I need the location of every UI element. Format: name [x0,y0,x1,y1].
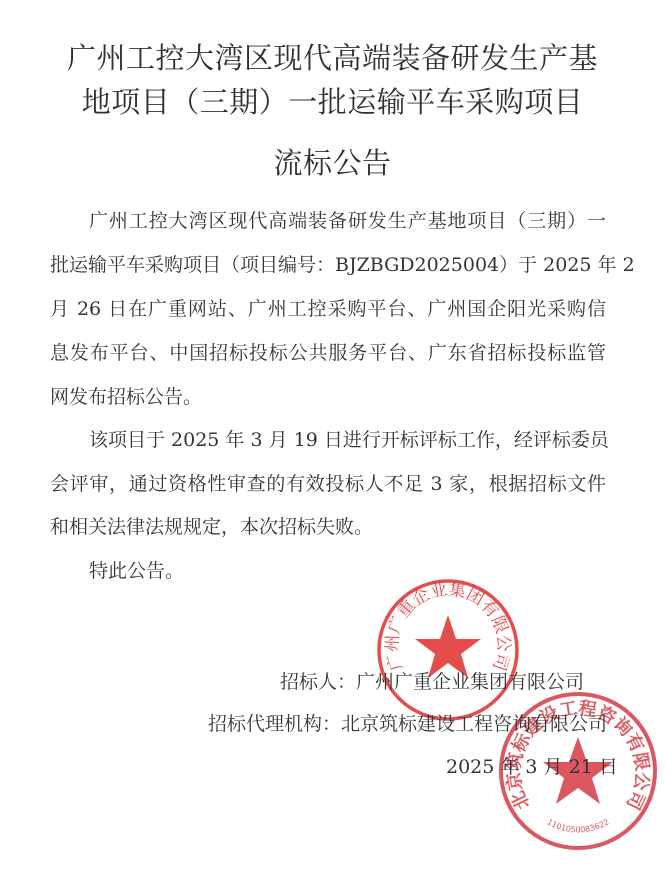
paragraph-line: 和相关法律法规规定，本次招标失败。 [50,512,606,539]
document-subtitle: 流标公告 [0,141,665,182]
paragraph-line: 会评审，通过资格性审查的有效投标人不足 3 家，根据招标文件 [50,469,606,496]
paragraph-line: 月 26 日在广重网站、广州工控采购平台、广州国企阳光采购信 [50,294,606,321]
document-title-line-2: 地项目（三期）一批运输平车采购项目 [0,80,665,121]
paragraph-line: 该项目于 2025 年 3 月 19 日进行开标评标工作，经评标委员 [89,425,606,452]
agency-signature: 招标代理机构：北京筑标建设工程咨询有限公司 [208,709,607,736]
paragraph-line: 批运输平车采购项目（项目编号：BJZBGD2025004）于 2025 年 2 [50,250,606,277]
paragraph-line: 广州工控大湾区现代高端装备研发生产基地项目（三期）一 [89,206,606,233]
paragraph-line: 息发布平台、中国招标投标公共服务平台、广东省招标投标监管 [50,338,606,365]
document-title-line-1: 广州工控大湾区现代高端装备研发生产基 [0,36,665,77]
closing-statement: 特此公告。 [89,556,606,583]
paragraph-line: 网发布招标公告。 [50,382,606,409]
tenderer-signature: 招标人：广州广重企业集团有限公司 [280,667,584,694]
svg-text:1101050083622: 1101050083622 [545,817,610,834]
signature-date: 2025 年 3 月 21 日 [446,752,618,779]
